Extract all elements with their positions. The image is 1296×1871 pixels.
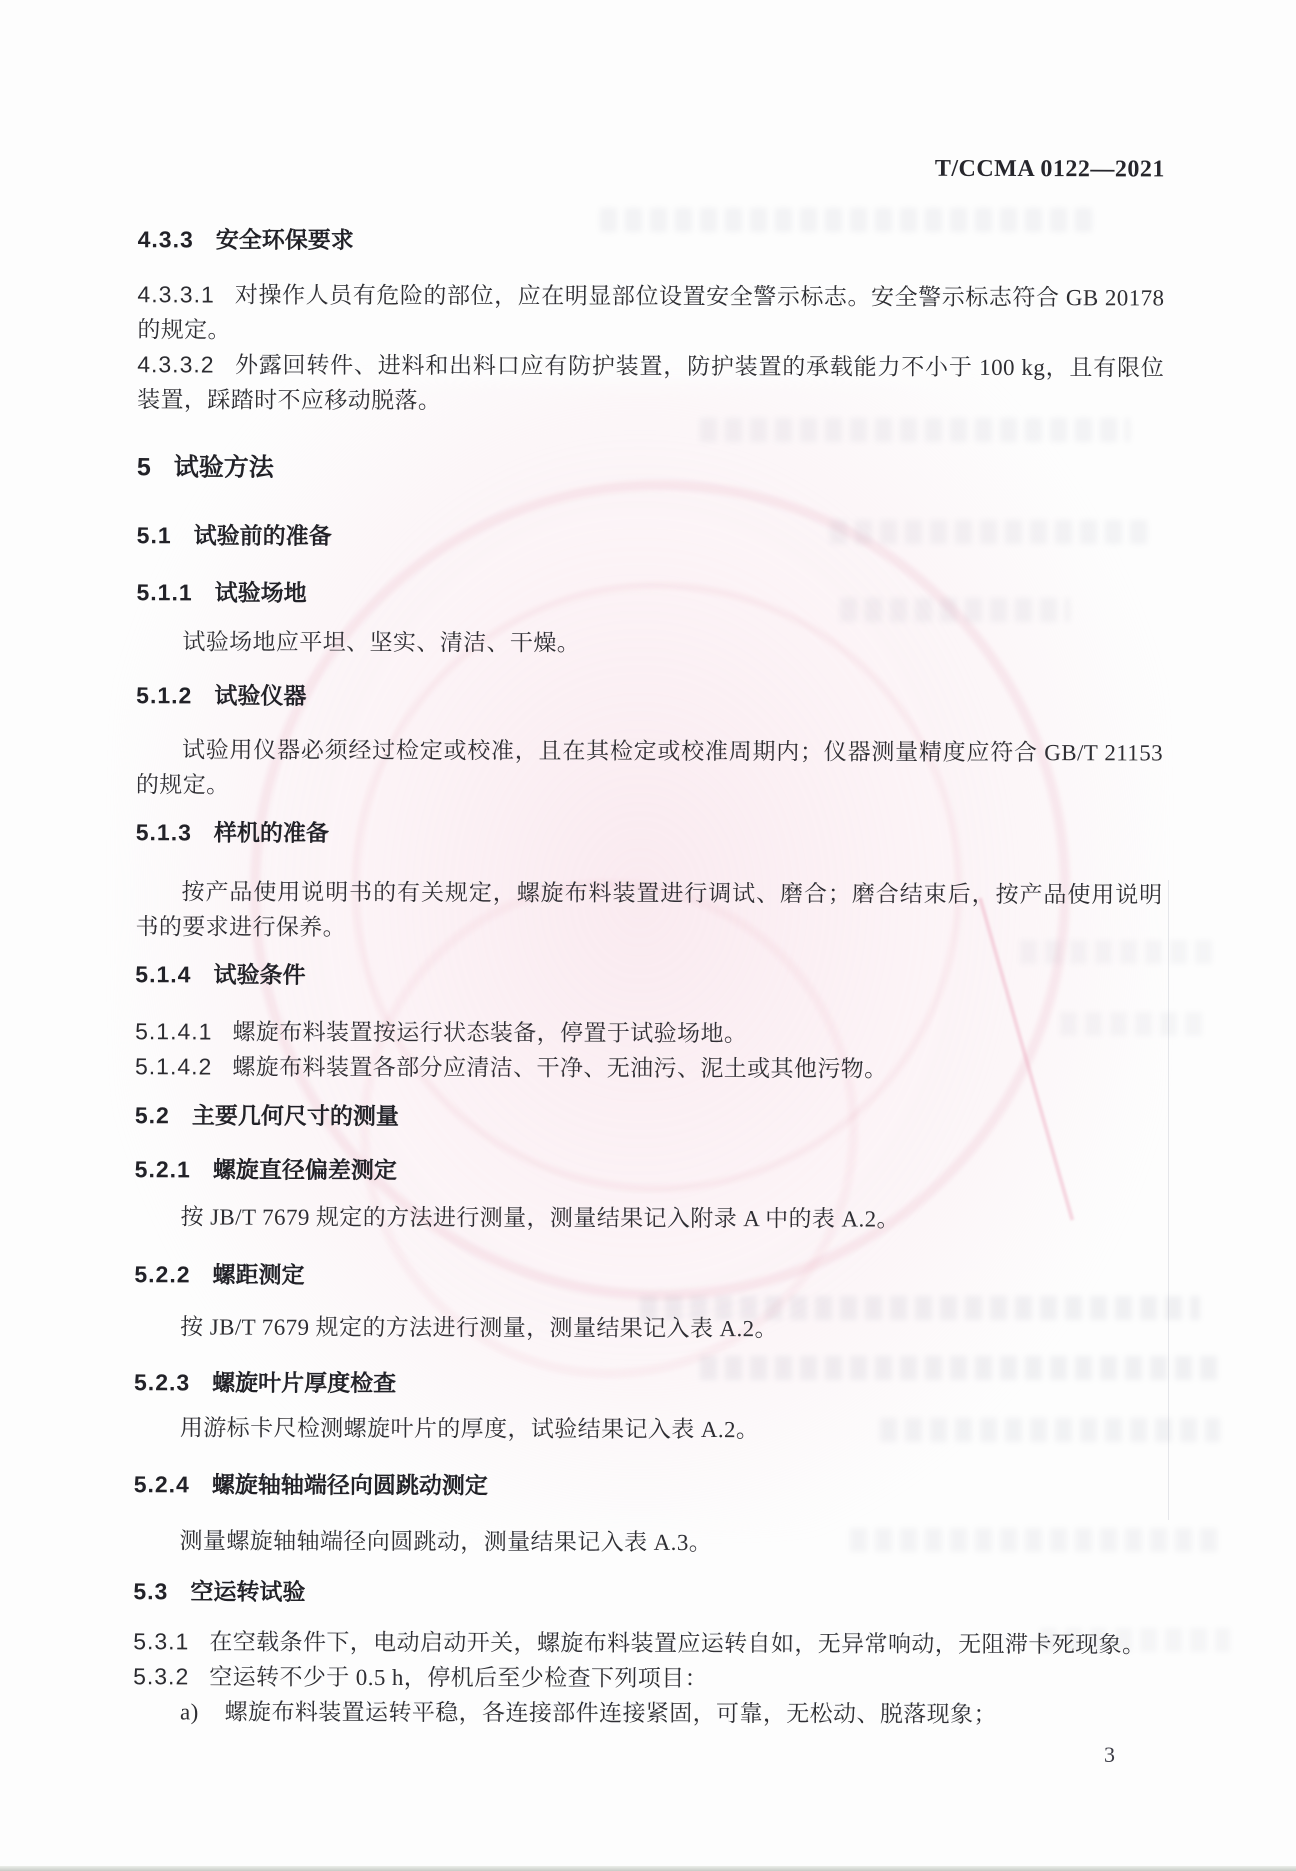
clause-number: 5.2.3 <box>134 1369 190 1395</box>
clause-number: 5.1.3 <box>136 819 192 845</box>
clause-text: 试验用仪器必须经过检定或校准，且在其检定或校准周期内；仪器测量精度应符合 GB/… <box>136 737 1163 797</box>
clause-title: 试验场地 <box>215 579 307 605</box>
clause-paragraph-4-3-3-2: 4.3.3.2外露回转件、进料和出料口应有防护装置，防护装置的承载能力不小于 1… <box>137 347 1164 420</box>
list-item-text: 螺旋布料装置运转平稳，各连接部件连接紧固，可靠，无松动、脱落现象； <box>225 1700 997 1727</box>
clause-heading-5-1-1: 5.1.1试验场地 <box>136 574 1163 613</box>
clause-heading-4-3-3: 4.3.3安全环保要求 <box>138 221 1165 260</box>
page-number: 3 <box>1104 1742 1115 1768</box>
clause-number: 5.1 <box>137 522 172 548</box>
clause-heading-5-2-2: 5.2.2螺距测定 <box>134 1256 1161 1295</box>
clause-heading-5-1-4: 5.1.4试验条件 <box>135 956 1162 995</box>
clause-text: 用游标卡尺检测螺旋叶片的厚度，试验结果记入表 A.2。 <box>180 1415 759 1442</box>
clause-number: 5.1.4.1 <box>135 1018 212 1044</box>
clause-heading-5-1-3: 5.1.3样机的准备 <box>136 814 1163 853</box>
clause-paragraph-5-1-1: 试验场地应平坦、坚实、清洁、干燥。 <box>136 624 1163 662</box>
clause-paragraph-5-1-4-1: 5.1.4.1螺旋布料装置按运行状态装备，停置于试验场地。 <box>135 1014 1162 1052</box>
clause-title: 螺距测定 <box>212 1261 304 1287</box>
clause-paragraph-5-3-1: 5.3.1在空载条件下，电动启动开关，螺旋布料装置应运转自如，无异常响动，无阻滞… <box>133 1624 1160 1662</box>
clause-title: 试验仪器 <box>214 682 306 708</box>
clause-paragraph-5-2-4: 测量螺旋轴轴端径向圆跳动，测量结果记入表 A.3。 <box>133 1523 1160 1561</box>
clause-paragraph-5-2-2: 按 JB/T 7679 规定的方法进行测量，测量结果记入表 A.2。 <box>134 1309 1161 1347</box>
clause-text: 按产品使用说明书的有关规定，螺旋布料装置进行调试、磨合；磨合结束后，按产品使用说… <box>135 879 1162 940</box>
clause-heading-5-1-2: 5.1.2试验仪器 <box>136 677 1163 716</box>
clause-paragraph-5-2-3: 用游标卡尺检测螺旋叶片的厚度，试验结果记入表 A.2。 <box>134 1410 1161 1448</box>
scanned-standard-page: T/CCMA 0122—2021 4.3.3安全环保要求 4.3.3.1对操作人… <box>0 0 1296 1871</box>
clause-heading-5-2: 5.2主要几何尺寸的测量 <box>135 1097 1162 1136</box>
clause-heading-5-1: 5.1试验前的准备 <box>137 517 1164 556</box>
clause-text: 在空载条件下，电动启动开关，螺旋布料装置应运转自如，无异常响动，无阻滞卡死现象。 <box>209 1629 1145 1657</box>
clause-title: 样机的准备 <box>214 819 329 845</box>
clause-number: 5.1.2 <box>136 682 192 708</box>
clause-title: 试验方法 <box>174 453 274 481</box>
clause-number: 5.1.4.2 <box>135 1053 212 1079</box>
clause-number: 4.3.3.1 <box>137 281 214 307</box>
clause-heading-5: 5试验方法 <box>137 447 1164 490</box>
clause-number: 5.2.2 <box>134 1261 190 1287</box>
clause-title: 试验条件 <box>213 961 305 987</box>
clause-title: 螺旋叶片厚度检查 <box>212 1369 396 1396</box>
clause-text: 按 JB/T 7679 规定的方法进行测量，测量结果记入表 A.2。 <box>180 1314 778 1341</box>
clause-number: 4.3.3.2 <box>137 351 214 377</box>
clause-text: 试验场地应平坦、坚实、清洁、干燥。 <box>182 629 580 655</box>
clause-paragraph-5-1-2: 试验用仪器必须经过检定或校准，且在其检定或校准周期内；仪器测量精度应符合 GB/… <box>136 732 1163 805</box>
clause-text: 对操作人员有危险的部位，应在明显部位设置安全警示标志。安全警示标志符合 GB 2… <box>137 283 1164 343</box>
clause-number: 4.3.3 <box>138 226 194 252</box>
clause-text: 测量螺旋轴轴端径向圆跳动，测量结果记入表 A.3。 <box>179 1528 712 1555</box>
clause-text: 螺旋布料装置各部分应清洁、干净、无油污、泥土或其他污物。 <box>232 1055 887 1082</box>
clause-number: 5.2.1 <box>135 1156 191 1182</box>
clause-heading-5-3: 5.3空运转试验 <box>133 1573 1160 1612</box>
clause-number: 5.1.4 <box>135 961 191 987</box>
clause-number: 5.2.4 <box>134 1471 190 1497</box>
clause-text: 外露回转件、进料和出料口应有防护装置，防护装置的承载能力不小于 100 kg，且… <box>137 353 1164 414</box>
clause-title: 螺旋轴轴端径向圆跳动测定 <box>212 1471 488 1498</box>
clause-heading-5-2-1: 5.2.1螺旋直径偏差测定 <box>135 1151 1162 1190</box>
clause-number: 5 <box>137 453 152 481</box>
clause-number: 5.2 <box>135 1102 170 1128</box>
list-item-a: a)螺旋布料装置运转平稳，各连接部件连接紧固，可靠，无松动、脱落现象； <box>133 1694 1160 1732</box>
clause-number: 5.3.2 <box>133 1663 189 1689</box>
clause-title: 空运转试验 <box>190 1578 305 1604</box>
clause-paragraph-5-2-1: 按 JB/T 7679 规定的方法进行测量，测量结果记入附录 A 中的表 A.2… <box>134 1199 1161 1237</box>
clause-paragraph-5-3-2: 5.3.2空运转不少于 0.5 h，停机后至少检查下列项目： <box>133 1659 1160 1697</box>
clause-title: 螺旋直径偏差测定 <box>213 1156 397 1183</box>
clause-title: 主要几何尺寸的测量 <box>192 1102 399 1129</box>
clause-paragraph-4-3-3-1: 4.3.3.1对操作人员有危险的部位，应在明显部位设置安全警示标志。安全警示标志… <box>137 277 1164 350</box>
clause-number: 5.1.1 <box>136 579 192 605</box>
clause-title: 试验前的准备 <box>194 522 332 548</box>
clause-text: 空运转不少于 0.5 h，停机后至少检查下列项目： <box>209 1664 708 1691</box>
clause-text: 螺旋布料装置按运行状态装备，停置于试验场地。 <box>232 1020 747 1047</box>
clause-number: 5.3.1 <box>133 1628 189 1654</box>
clause-heading-5-2-4: 5.2.4螺旋轴轴端径向圆跳动测定 <box>134 1466 1161 1505</box>
clause-title: 安全环保要求 <box>216 226 354 252</box>
clause-number: 5.3 <box>133 1578 168 1604</box>
scanner-edge-artifact <box>0 1866 1296 1871</box>
clause-paragraph-5-1-4-2: 5.1.4.2螺旋布料装置各部分应清洁、干净、无油污、泥土或其他污物。 <box>135 1049 1162 1087</box>
clause-text: 按 JB/T 7679 规定的方法进行测量，测量结果记入附录 A 中的表 A.2… <box>181 1204 900 1231</box>
list-marker: a) <box>180 1699 199 1724</box>
clause-heading-5-2-3: 5.2.3螺旋叶片厚度检查 <box>134 1364 1161 1403</box>
document-code-header: T/CCMA 0122—2021 <box>138 148 1165 187</box>
page-content: T/CCMA 0122—2021 4.3.3安全环保要求 4.3.3.1对操作人… <box>0 0 1296 1733</box>
clause-paragraph-5-1-3: 按产品使用说明书的有关规定，螺旋布料装置进行调试、磨合；磨合结束后，按产品使用说… <box>135 874 1162 947</box>
